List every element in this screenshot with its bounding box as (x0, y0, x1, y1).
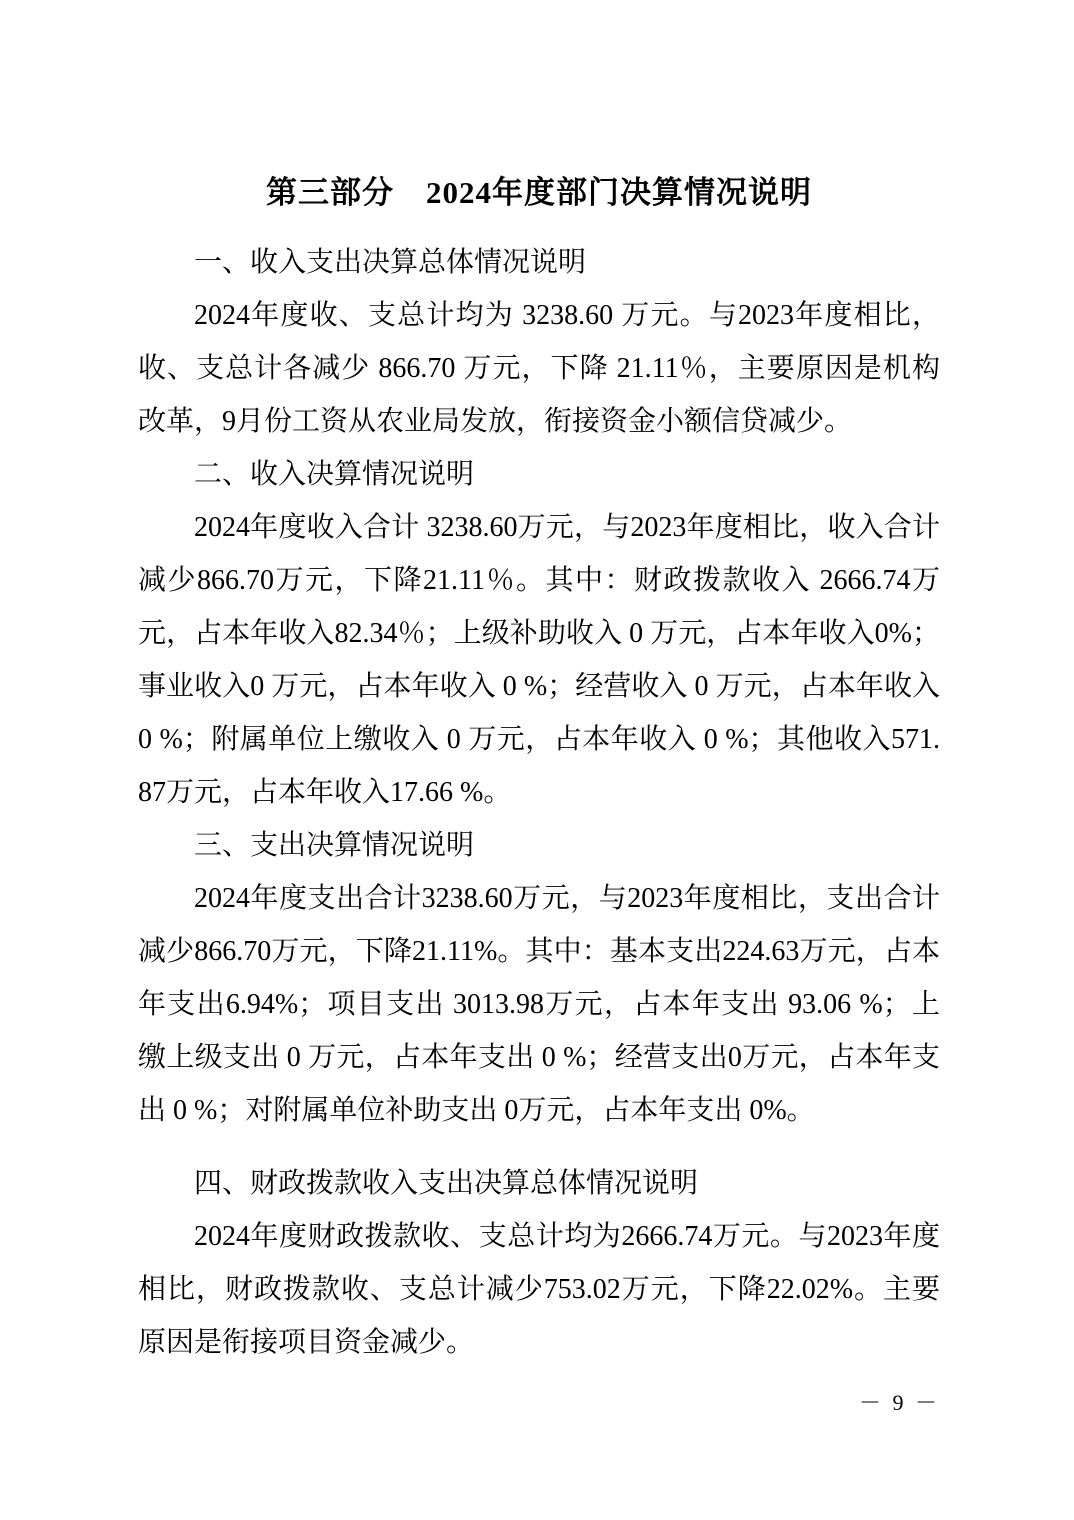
section-paragraph: 2024年度收、支总计均为 3238.60 万元。与2023年度相比，收、支总计… (138, 289, 940, 448)
document-content: 第三部分 2024年度部门决算情况说明 一、收入支出决算总体情况说明 2024年… (138, 168, 940, 1369)
section-fiscal-appropriation-overview: 四、财政拨款收入支出决算总体情况说明 2024年度财政拨款收、支总计均为2666… (138, 1157, 940, 1369)
document-page: 第三部分 2024年度部门决算情况说明 一、收入支出决算总体情况说明 2024年… (0, 0, 1074, 1520)
section-income-detail: 二、收入决算情况说明 2024年度收入合计 3238.60万元，与2023年度相… (138, 448, 940, 819)
page-title: 第三部分 2024年度部门决算情况说明 (138, 168, 940, 218)
section-heading: 四、财政拨款收入支出决算总体情况说明 (138, 1157, 940, 1210)
section-expenditure-detail: 三、支出决算情况说明 2024年度支出合计3238.60万元，与2023年度相比… (138, 819, 940, 1137)
section-paragraph: 2024年度收入合计 3238.60万元，与2023年度相比，收入合计减少866… (138, 501, 940, 819)
page-number: － 9 － (859, 1386, 940, 1417)
section-income-expenditure-overview: 一、收入支出决算总体情况说明 2024年度收、支总计均为 3238.60 万元。… (138, 236, 940, 448)
section-heading: 二、收入决算情况说明 (138, 448, 940, 501)
section-heading: 一、收入支出决算总体情况说明 (138, 236, 940, 289)
section-paragraph: 2024年度支出合计3238.60万元，与2023年度相比，支出合计减少866.… (138, 872, 940, 1137)
section-paragraph: 2024年度财政拨款收、支总计均为2666.74万元。与2023年度相比，财政拨… (138, 1210, 940, 1369)
section-heading: 三、支出决算情况说明 (138, 819, 940, 872)
